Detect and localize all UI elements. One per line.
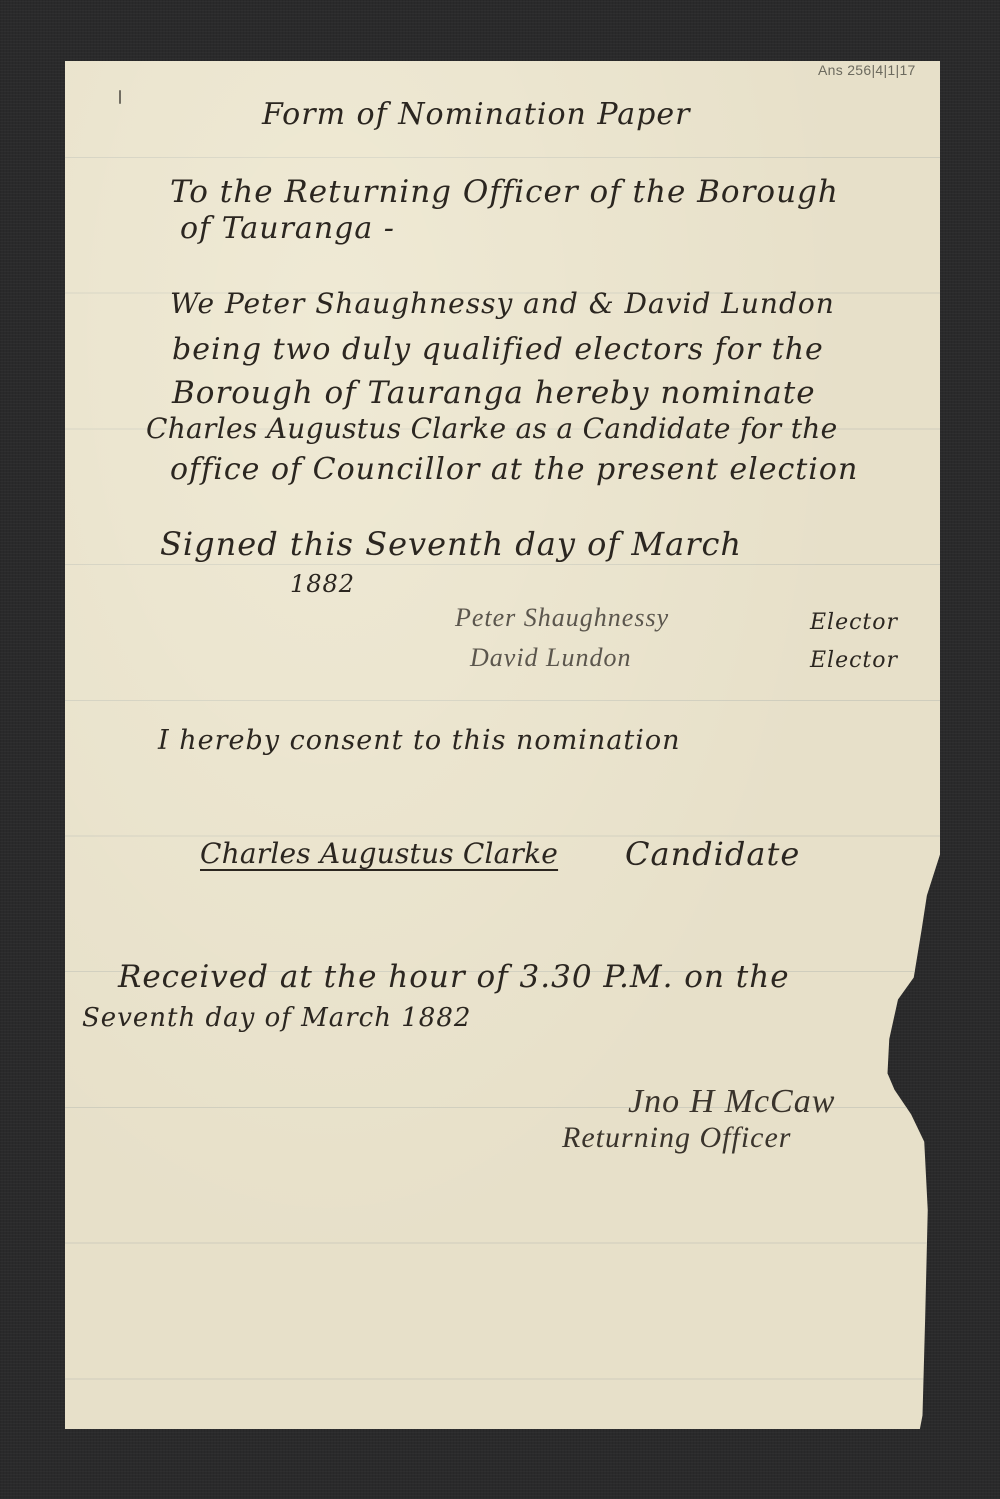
document-title: Form of Nomination Paper (262, 100, 690, 130)
returning-officer-title: Returning Officer (562, 1123, 791, 1153)
elector-2-signature: David Lundon (470, 645, 632, 671)
returning-officer-signature: Jno H McCaw (628, 1085, 835, 1119)
received-line-1: Received at the hour of 3.30 P.M. on the (118, 962, 790, 993)
addressee-line-1: To the Returning Officer of the Borough (170, 177, 839, 208)
consent-line: I hereby consent to this nomination (158, 727, 681, 754)
body-line-2: being two duly qualified electors for th… (172, 335, 824, 365)
signed-line: Signed this Seventh day of March (160, 528, 742, 560)
addressee-line-2: of Tauranga - (180, 214, 395, 244)
body-line-3: Borough of Tauranga hereby nominate (172, 378, 816, 409)
archive-reference: Ans 256|4|1|17 (818, 62, 916, 78)
pencil-mark (119, 90, 121, 104)
elector-2-role: Elector (810, 650, 898, 672)
elector-1-role: Elector (810, 612, 898, 634)
body-line-1: We Peter Shaughnessy and & David Lundon (170, 290, 835, 318)
candidate-role: Candidate (625, 838, 800, 870)
elector-1-signature: Peter Shaughnessy (455, 605, 669, 631)
candidate-signature: Charles Augustus Clarke (200, 840, 558, 868)
received-line-2: Seventh day of March 1882 (82, 1005, 471, 1031)
body-line-4: Charles Augustus Clarke as a Candidate f… (146, 415, 837, 443)
body-line-5: office of Councillor at the present elec… (170, 455, 858, 485)
signed-year: 1882 (290, 572, 355, 596)
